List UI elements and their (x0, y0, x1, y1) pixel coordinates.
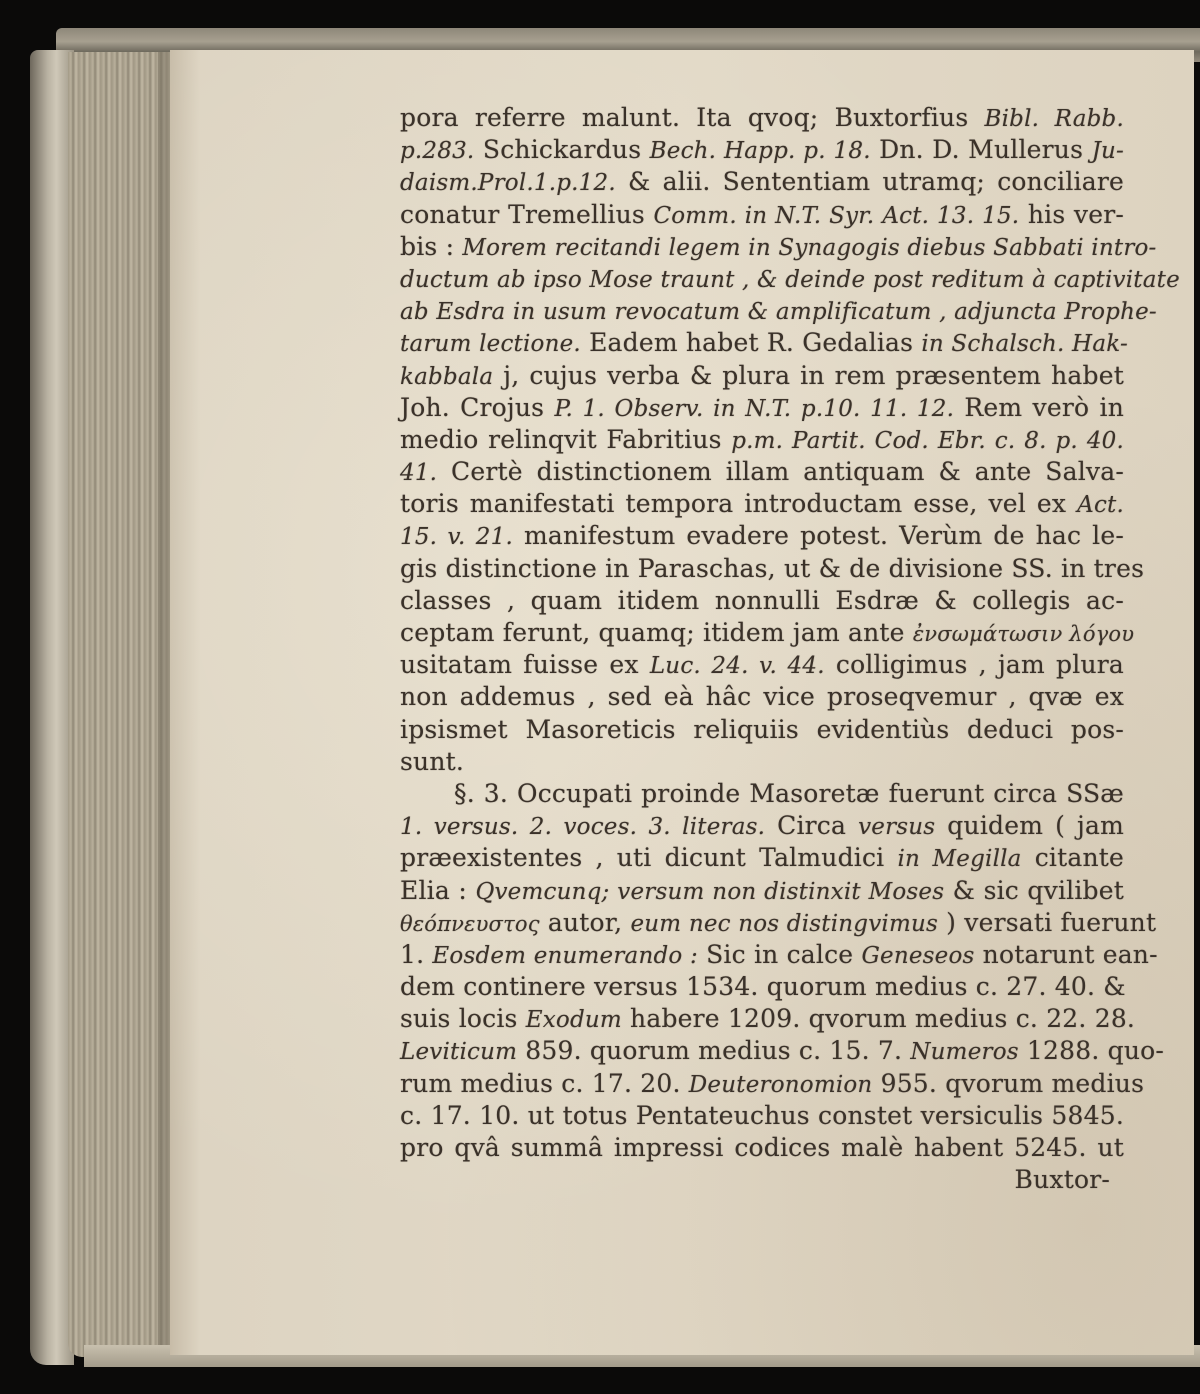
italic-citation: in Megilla (897, 846, 1021, 872)
text-line: ipsismet Masoreticis reliquiis evidentiù… (400, 714, 1124, 746)
text-run: citante (1022, 843, 1124, 872)
text-run: præexistentes , uti dicunt Talmudici (400, 843, 897, 872)
text-run: 1. (400, 940, 432, 969)
text-line: daism.Prol.1.p.12. & alii. Sententiam ut… (400, 166, 1124, 198)
italic-citation: daism.Prol.1.p.12. (400, 170, 616, 196)
italic-citation: ductum ab ipso Mose traunt , & deinde po… (400, 267, 1180, 293)
text-run: ceptam ferunt, quamq; itidem jam ante (400, 618, 913, 647)
text-line: p.283. Schickardus Bech. Happ. p. 18. Dn… (400, 134, 1124, 166)
greek-text: θεόπνευστος (400, 912, 540, 936)
text-run: Schickardus (474, 135, 649, 164)
italic-citation: in Schalsch. Hak- (921, 331, 1128, 357)
text-run: & sic qvilibet (944, 876, 1124, 905)
text-run: habere 1209. qvorum medius c. 22. 28. (622, 1004, 1135, 1033)
text-run: c. 17. 10. ut totus Pentateuchus constet… (400, 1101, 1124, 1130)
catchword: Buxtor- (400, 1164, 1124, 1196)
text-run: Rem verò in (954, 393, 1124, 422)
text-run: Circa (765, 811, 858, 840)
italic-citation: Morem recitandi legem in Synagogis diebu… (462, 235, 1156, 261)
italic-citation: Exodum (526, 1007, 622, 1033)
italic-citation: Ju- (1092, 138, 1124, 164)
italic-citation: Luc. 24. v. 44. (650, 653, 825, 679)
text-line: usitatam fuisse ex Luc. 24. v. 44. colli… (400, 649, 1124, 681)
italic-citation: Deuteronomion (689, 1072, 873, 1098)
text-run: toris manifestati tempora introductam es… (400, 489, 1077, 518)
text-run: j, cujus verba & plura in rem præsentem … (493, 361, 1124, 390)
italic-citation: Qvemcunq; versum non distinxit Moses (475, 879, 944, 905)
text-line: pora referre malunt. Ita qvoq; Buxtorfiu… (400, 102, 1124, 134)
text-line: c. 17. 10. ut totus Pentateuchus constet… (400, 1100, 1124, 1132)
text-run: Joh. Crojus (400, 393, 554, 422)
italic-citation: Bech. Happ. p. 18. (650, 138, 871, 164)
text-run: medio relinqvit Fabritius (400, 425, 731, 454)
text-line: toris manifestati tempora introductam es… (400, 488, 1124, 520)
italic-citation: p.283. (400, 138, 474, 164)
text-run: 1288. quo- (1019, 1036, 1164, 1065)
text-run: gis distinctione in Paraschas, ut & de d… (400, 554, 1144, 583)
italic-citation: Numeros (910, 1039, 1018, 1065)
italic-citation: Eosdem enumerando : (432, 943, 698, 969)
text-run: ipsismet Masoreticis reliquiis evidentiù… (400, 715, 1124, 744)
text-line: medio relinqvit Fabritius p.m. Partit. C… (400, 424, 1124, 456)
text-line: rum medius c. 17. 20. Deuteronomion 955.… (400, 1068, 1124, 1100)
text-run: suis locis (400, 1004, 526, 1033)
greek-text: ἐνσωμάτωσιν λόγου (913, 622, 1134, 646)
italic-citation: Leviticum (400, 1039, 517, 1065)
text-run: autor, (540, 908, 631, 937)
text-line: gis distinctione in Paraschas, ut & de d… (400, 553, 1124, 585)
text-line: Elia : Qvemcunq; versum non distinxit Mo… (400, 875, 1124, 907)
text-line: §. 3. Occupati proinde Masoretæ fuerunt … (400, 778, 1124, 810)
text-line: bis : Morem recitandi legem in Synagogis… (400, 231, 1124, 263)
text-run: sunt. (400, 747, 464, 776)
text-run: classes , quam itidem nonnulli Esdræ & c… (400, 586, 1124, 615)
text-line: classes , quam itidem nonnulli Esdræ & c… (400, 585, 1124, 617)
text-line: 41. Certè distinctionem illam antiquam &… (400, 456, 1124, 488)
italic-citation: Comm. in N.T. Syr. Act. 13. 15. (653, 203, 1019, 229)
text-line: kabbala j, cujus verba & plura in rem pr… (400, 360, 1124, 392)
italic-citation: ab Esdra in usum revocatum & amplificatu… (400, 299, 1157, 325)
text-run: non addemus , sed eà hâc vice proseqvemu… (400, 682, 1124, 711)
text-run: his ver- (1019, 200, 1124, 229)
text-run: dem continere versus 1534. quorum medius… (400, 972, 1126, 1001)
text-run: Certè distinctionem illam antiquam & ant… (437, 457, 1124, 486)
text-run: 955. qvorum medius (872, 1069, 1144, 1098)
text-line: tarum lectione. Eadem habet R. Gedalias … (400, 327, 1124, 359)
text-line: conatur Tremellius Comm. in N.T. Syr. Ac… (400, 199, 1124, 231)
text-line: ductum ab ipso Mose traunt , & deinde po… (400, 263, 1124, 295)
italic-citation: versus (858, 814, 935, 840)
italic-citation: 1. versus. 2. voces. 3. literas. (400, 814, 765, 840)
text-line: θεόπνευστος autor, eum nec nos distingvi… (400, 907, 1124, 939)
italic-citation: kabbala (400, 364, 493, 390)
text-run: Dn. D. Mullerus (871, 135, 1092, 164)
text-run: §. 3. Occupati proinde Masoretæ fuerunt … (454, 779, 1124, 808)
text-run: rum medius c. 17. 20. (400, 1069, 689, 1098)
italic-citation: Geneseos (861, 943, 974, 969)
text-run: pro qvâ summâ impressi codices malè habe… (400, 1133, 1124, 1162)
text-line: sunt. (400, 746, 1124, 778)
text-line: Joh. Crojus P. 1. Observ. in N.T. p.10. … (400, 392, 1124, 424)
text-line: 15. v. 21. manifestum evadere potest. Ve… (400, 520, 1124, 552)
text-run: manifestum evadere potest. Verùm de hac … (513, 521, 1124, 550)
text-line: præexistentes , uti dicunt Talmudici in … (400, 842, 1124, 874)
text-run: Sic in calce (698, 940, 862, 969)
italic-citation: 41. (400, 460, 437, 486)
text-line: 1. Eosdem enumerando : Sic in calce Gene… (400, 939, 1124, 971)
italic-citation: tarum lectione. (400, 331, 581, 357)
italic-citation: Act. (1077, 492, 1124, 518)
text-line: ab Esdra in usum revocatum & amplificatu… (400, 295, 1124, 327)
text-run: pora referre malunt. Ita qvoq; Buxtorfiu… (400, 103, 985, 132)
text-run: colligimus , jam plura (825, 650, 1124, 679)
page-text-block: pora referre malunt. Ita qvoq; Buxtorfiu… (400, 102, 1124, 1196)
text-line: Leviticum 859. quorum medius c. 15. 7. N… (400, 1035, 1124, 1067)
italic-citation: eum nec nos distingvimus (630, 911, 938, 937)
text-run: quidem ( jam (935, 811, 1124, 840)
text-run: notarunt ean- (975, 940, 1158, 969)
text-line: suis locis Exodum habere 1209. qvorum me… (400, 1003, 1124, 1035)
text-run: Eadem habet R. Gedalias (581, 328, 921, 357)
text-line: ceptam ferunt, quamq; itidem jam ante ἐν… (400, 617, 1124, 649)
italic-citation: P. 1. Observ. in N.T. p.10. 11. 12. (554, 396, 954, 422)
text-line: dem continere versus 1534. quorum medius… (400, 971, 1124, 1003)
text-run: & alii. Sententiam utramq; conciliare (616, 167, 1124, 196)
text-line: pro qvâ summâ impressi codices malè habe… (400, 1132, 1124, 1164)
text-run: 859. quorum medius c. 15. 7. (517, 1036, 910, 1065)
text-line: non addemus , sed eà hâc vice proseqvemu… (400, 681, 1124, 713)
text-line: 1. versus. 2. voces. 3. literas. Circa v… (400, 810, 1124, 842)
text-run: bis : (400, 232, 462, 261)
text-run: conatur Tremellius (400, 200, 653, 229)
text-run: usitatam fuisse ex (400, 650, 650, 679)
italic-citation: 15. v. 21. (400, 524, 513, 550)
italic-citation: Bibl. Rabb. (985, 106, 1124, 132)
text-run: Elia : (400, 876, 475, 905)
text-run: ) versati fuerunt (938, 908, 1156, 937)
italic-citation: p.m. Partit. Cod. Ebr. c. 8. p. 40. (731, 428, 1124, 454)
